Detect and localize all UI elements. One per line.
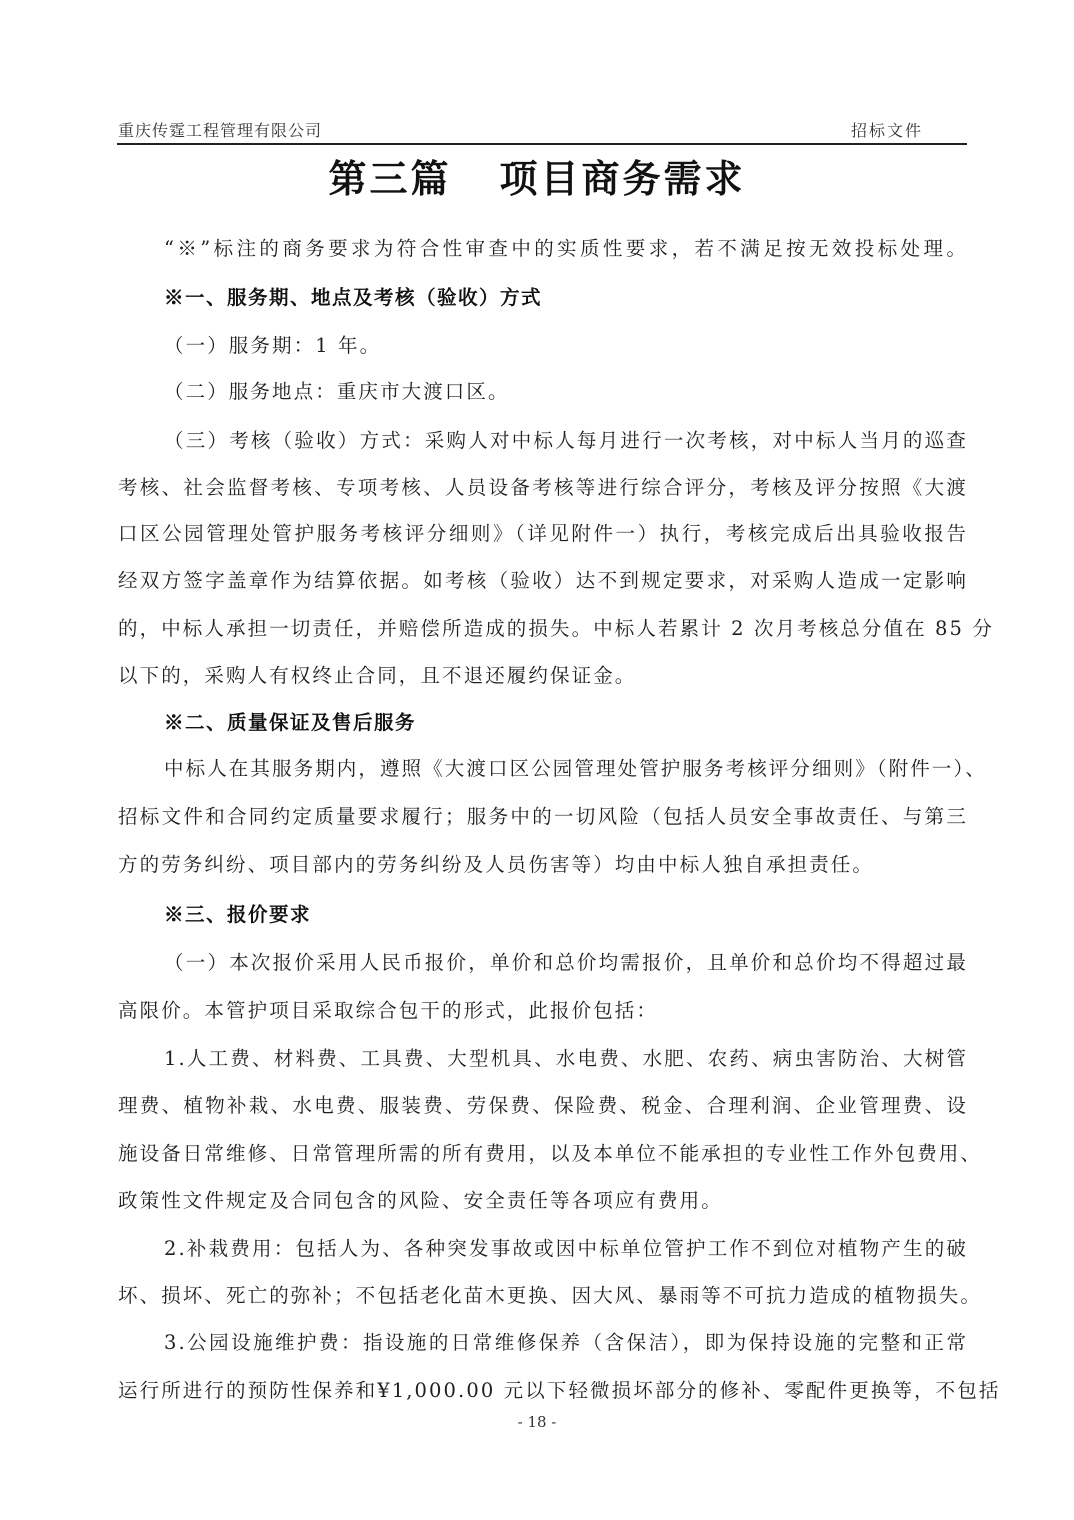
text-line: 3.公园设施维护费：指设施的日常维修保养（含保洁），即为保持设施的完整和正常	[164, 1328, 968, 1358]
text-line: （一）服务期：1 年。	[164, 331, 381, 361]
text-line: 1.人工费、材料费、工具费、大型机具、水电费、水肥、农药、病虫害防治、大树管	[164, 1044, 968, 1074]
text-line: 政策性文件规定及合同包含的风险、安全责任等各项应有费用。	[118, 1186, 723, 1216]
section-heading: ※一、服务期、地点及考核（验收）方式	[164, 283, 542, 313]
page-number: - 18 -	[0, 1413, 1074, 1431]
text-line: 运行所进行的预防性保养和¥1,000.00 元以下轻微损坏部分的修补、零配件更换…	[118, 1376, 968, 1406]
header-divider	[117, 143, 967, 145]
text-line: 的，中标人承担一切责任，并赔偿所造成的损失。中标人若累计 2 次月考核总分值在 …	[118, 614, 968, 644]
text-line: 以下的，采购人有权终止合同，且不退还履约保证金。	[118, 661, 636, 691]
text-line: （三）考核（验收）方式：采购人对中标人每月进行一次考核，对中标人当月的巡查	[164, 426, 968, 456]
text-line: （二）服务地点：重庆市大渡口区。	[164, 377, 510, 407]
text-line: 口区公园管理处管护服务考核评分细则》（详见附件一）执行，考核完成后出具验收报告	[118, 519, 968, 549]
text-line: （一）本次报价采用人民币报价，单价和总价均需报价，且单价和总价均不得超过最	[164, 948, 968, 978]
text-line: 理费、植物补栽、水电费、服装费、劳保费、保险费、税金、合理利润、企业管理费、设	[118, 1091, 968, 1121]
text-line: “※”标注的商务要求为符合性审查中的实质性要求，若不满足按无效投标处理。	[164, 234, 968, 264]
header-document-type: 招标文件	[851, 118, 923, 141]
text-line: 施设备日常维修、日常管理所需的所有费用，以及本单位不能承担的专业性工作外包费用、	[118, 1139, 968, 1169]
title-name: 项目商务需求	[500, 156, 746, 201]
text-line: 高限价。本管护项目采取综合包干的形式，此报价包括：	[118, 996, 658, 1026]
section-heading: ※二、质量保证及售后服务	[164, 708, 416, 738]
text-line: 2.补栽费用：包括人为、各种突发事故或因中标单位管护工作不到位对植物产生的破	[164, 1234, 968, 1264]
document-page: 重庆传霆工程管理有限公司 招标文件 第三篇项目商务需求 “※”标注的商务要求为符…	[0, 0, 1074, 1520]
section-heading: ※三、报价要求	[164, 900, 311, 930]
text-line: 考核、社会监督考核、专项考核、人员设备考核等进行综合评分，考核及评分按照《大渡	[118, 473, 968, 503]
text-line: 招标文件和合同约定质量要求履行；服务中的一切风险（包括人员安全事故责任、与第三	[118, 802, 968, 832]
header-company-name: 重庆传霆工程管理有限公司	[118, 118, 322, 141]
text-line: 中标人在其服务期内，遵照《大渡口区公园管理处管护服务考核评分细则》（附件一）、	[164, 754, 968, 784]
page-header: 重庆传霆工程管理有限公司 招标文件	[117, 116, 967, 144]
page-title: 第三篇项目商务需求	[0, 148, 1074, 203]
text-line: 方的劳务纠纷、项目部内的劳务纠纷及人员伤害等）均由中标人独自承担责任。	[118, 850, 874, 880]
text-line: 坏、损坏、死亡的弥补；不包括老化苗木更换、因大风、暴雨等不可抗力造成的植物损失。	[118, 1281, 968, 1311]
title-part: 第三篇	[328, 156, 451, 201]
text-line: 经双方签字盖章作为结算依据。如考核（验收）达不到规定要求，对采购人造成一定影响	[118, 566, 968, 596]
